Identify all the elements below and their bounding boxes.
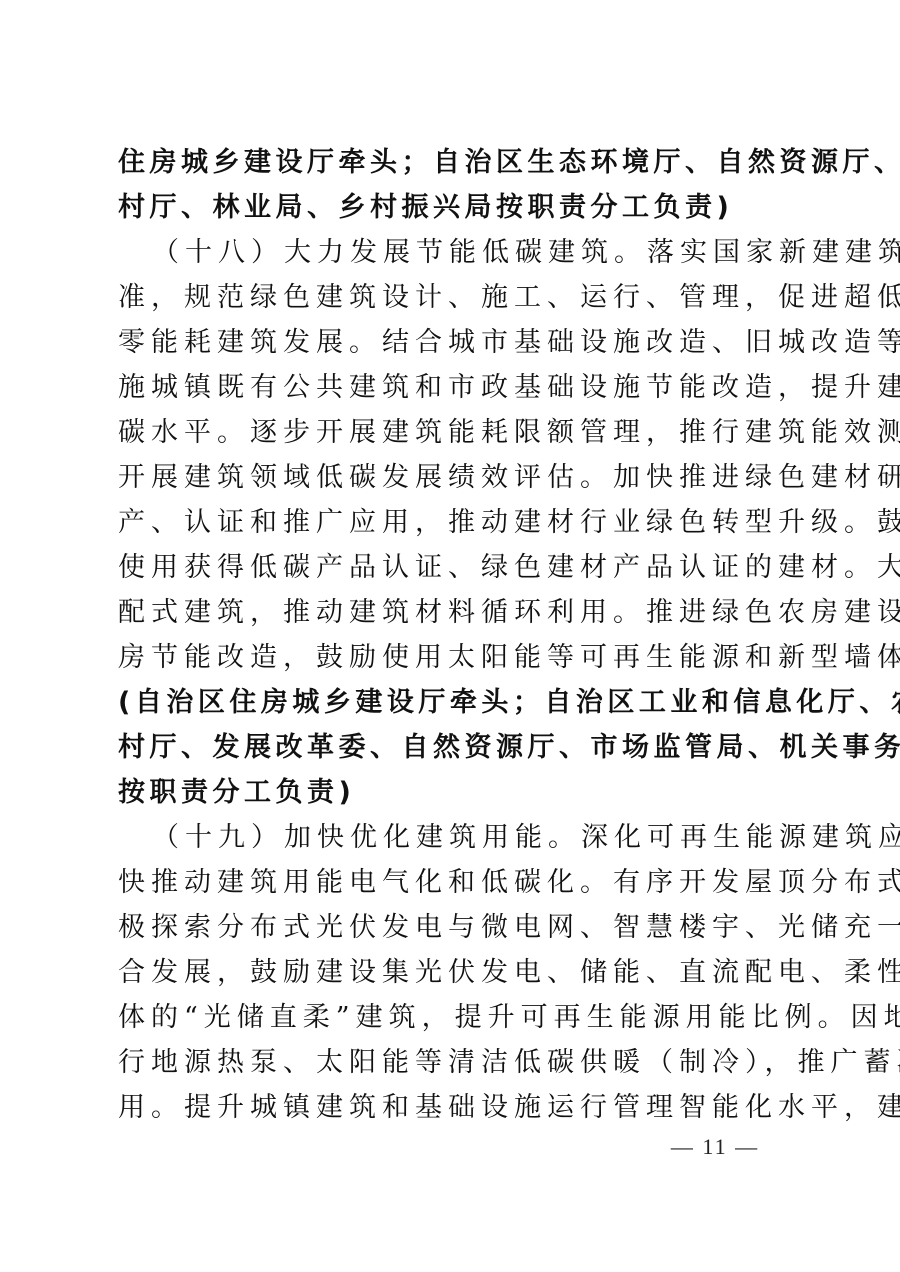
text-line-responsibility-1: 住房城乡建设厅牵头；自治区生态环境厅、自然资源厅、农业农 [118,140,788,185]
text-line: 体的“光储直柔”建筑，提升可再生能源用能比例。因地制宜推 [118,995,788,1040]
text-line: 房节能改造，鼓励使用太阳能等可再生能源和新型墙体材料。 [118,635,788,680]
text-line-responsibility-3: (自治区住房城乡建设厅牵头；自治区工业和信息化厅、农业农 [118,680,788,725]
text-line: 产、认证和推广应用，推动建材行业绿色转型升级。鼓励采购及 [118,500,788,545]
text-line-responsibility-2: 村厅、林业局、乡村振兴局按职责分工负责) [118,185,788,230]
section-18-heading-line: （十八）大力发展节能低碳建筑。落实国家新建建筑节能标 [118,230,788,275]
text-line: 配式建筑，推动建筑材料循环利用。推进绿色农房建设和既有农 [118,590,788,635]
text-line: 合发展，鼓励建设集光伏发电、储能、直流配电、柔性用电于一 [118,950,788,995]
text-line: 行地源热泵、太阳能等清洁低碳供暖（制冷），推广蓄冷技术应 [118,1040,788,1085]
section-19-heading-line: （十九）加快优化建筑用能。深化可再生能源建筑应用，加 [118,815,788,860]
document-body: 住房城乡建设厅牵头；自治区生态环境厅、自然资源厅、农业农 村厅、林业局、乡村振兴… [118,140,788,1130]
text-line-responsibility-4: 村厅、发展改革委、自然资源厅、市场监管局、机关事务管理局 [118,725,788,770]
text-line: 零能耗建筑发展。结合城市基础设施改造、旧城改造等，同步实 [118,320,788,365]
page-number: — 11 — [660,1134,770,1160]
text-line: 使用获得低碳产品认证、绿色建材产品认证的建材。大力发展装 [118,545,788,590]
text-line: 开展建筑领域低碳发展绩效评估。加快推进绿色建材研发、生 [118,455,788,500]
text-line-responsibility-5: 按职责分工负责) [118,770,788,815]
text-line: 施城镇既有公共建筑和市政基础设施节能改造，提升建筑节能低 [118,365,788,410]
text-line: 快推动建筑用能电气化和低碳化。有序开发屋顶分布式光伏，积 [118,860,788,905]
text-line: 碳水平。逐步开展建筑能耗限额管理，推行建筑能效测评标识， [118,410,788,455]
text-line: 用。提升城镇建筑和基础设施运行管理智能化水平，建立城市建 [118,1085,788,1130]
text-line: 准，规范绿色建筑设计、施工、运行、管理，促进超低能耗、近 [118,275,788,320]
text-line: 极探索分布式光伏发电与微电网、智慧楼宇、光储充一体化等融 [118,905,788,950]
